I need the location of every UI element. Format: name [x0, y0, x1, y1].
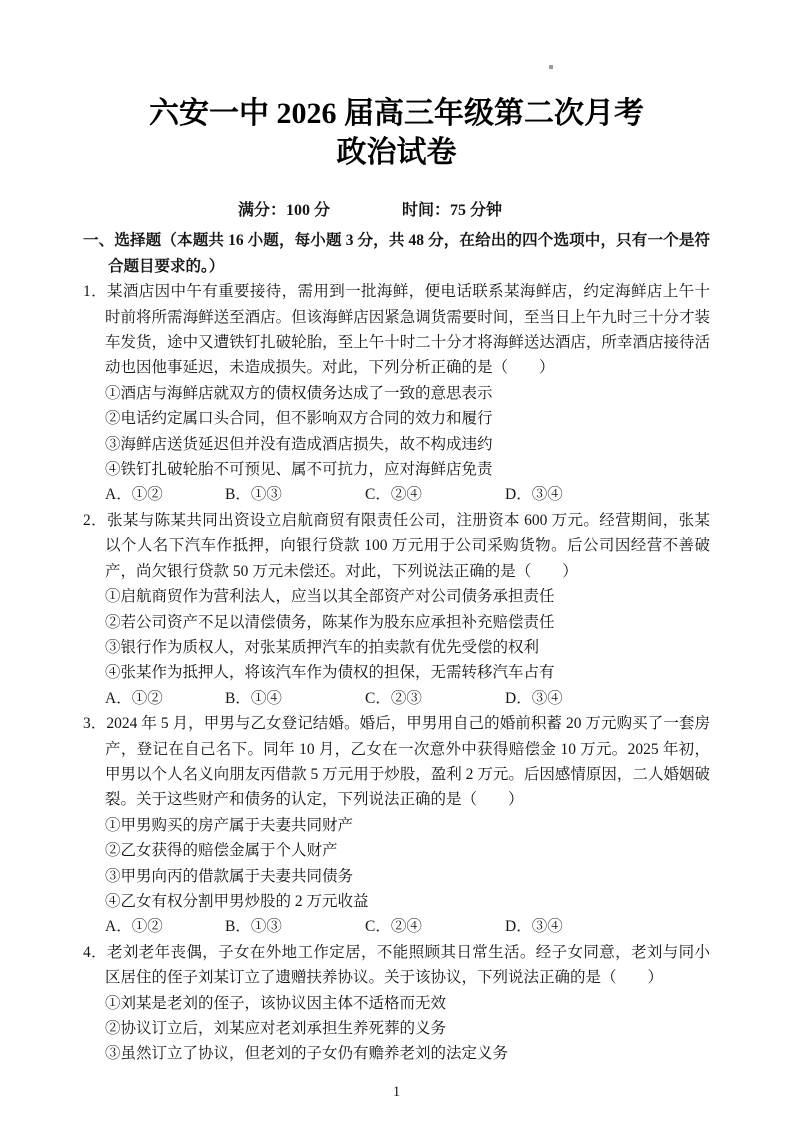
question-item: ③海鲜店送货延迟但并没有造成酒店损失，故不构成违约 [105, 432, 710, 457]
option-c: C．②④ [365, 914, 505, 939]
option-d: D．③④ [505, 482, 563, 507]
option-a: A．①② [105, 686, 225, 711]
question-stem-text: 张某与陈某共同出资设立启航商贸有限责任公司，注册资本 600 万元。经营期间，张… [105, 512, 710, 580]
question-stem: 1．某酒店因中午有重要接待，需用到一批海鲜，便电话联系某海鲜店，约定海鲜店上午十… [83, 279, 710, 381]
page-number: 1 [83, 1080, 710, 1105]
question-item: ③虽然订立了协议，但老刘的子女仍有赡养老刘的法定义务 [105, 1041, 710, 1066]
document-title: 六安一中 2026 届高三年级第二次月考 政治试卷 [0, 0, 793, 172]
title-line-2: 政治试卷 [0, 133, 793, 172]
option-b: B．①③ [225, 482, 365, 507]
question-number: 1． [83, 283, 107, 300]
option-a: A．①② [105, 482, 225, 507]
option-a: A．①② [105, 914, 225, 939]
question-item: ②协议订立后，刘某应对老刘承担生养死葬的义务 [105, 1016, 710, 1041]
question-stem: 2．张某与陈某共同出资设立启航商贸有限责任公司，注册资本 600 万元。经营期间… [83, 508, 710, 584]
exam-paper-page: 六安一中 2026 届高三年级第二次月考 政治试卷 满分：100 分 时间：75… [0, 0, 793, 1122]
question-item: ④铁钉扎破轮胎不可预见、属不可抗力，应对海鲜店免责 [105, 457, 710, 482]
question-stem: 3．2024 年 5 月，甲男与乙女登记结婚。婚后，甲男用自己的婚前积蓄 20 … [83, 711, 710, 813]
option-d: D．③④ [505, 914, 563, 939]
option-b: B．①③ [225, 914, 365, 939]
options-row: A．①②B．①③C．②④D．③④ [105, 482, 710, 507]
question-item: ④乙女有权分割甲男炒股的 2 万元收益 [105, 889, 710, 914]
question-1: 1．某酒店因中午有重要接待，需用到一批海鲜，便电话联系某海鲜店，约定海鲜店上午十… [83, 279, 710, 508]
option-d: D．③④ [505, 686, 563, 711]
title-line-1: 六安一中 2026 届高三年级第二次月考 [0, 94, 793, 133]
question-item: ②电话约定属口头合同，但不影响双方合同的效力和履行 [105, 406, 710, 431]
options-row: A．①②B．①③C．②④D．③④ [105, 914, 710, 939]
scan-artifact-dot [549, 65, 553, 69]
question-item: ②若公司资产不足以清偿债务，陈某作为股东应承担补充赔偿责任 [105, 610, 710, 635]
question-number: 2． [83, 512, 107, 529]
section-heading: 一、选择题（本题共 16 小题，每小题 3 分，共 48 分，在给出的四个选项中… [83, 228, 710, 279]
question-item: ③甲男向丙的借款属于夫妻共同债务 [105, 864, 710, 889]
question-3: 3．2024 年 5 月，甲男与乙女登记结婚。婚后，甲男用自己的婚前积蓄 20 … [83, 711, 710, 940]
question-item: ①酒店与海鲜店就双方的债权债务达成了一致的意思表示 [105, 381, 710, 406]
question-stem-text: 某酒店因中午有重要接待，需用到一批海鲜，便电话联系某海鲜店，约定海鲜店上午十时前… [105, 283, 710, 376]
question-item: ②乙女获得的赔偿金属于个人财产 [105, 838, 710, 863]
question-4: 4．老刘老年丧偶，子女在外地工作定居，不能照顾其日常生活。经子女同意，老刘与同小… [83, 940, 710, 1067]
question-item: ①甲男购买的房产属于夫妻共同财产 [105, 813, 710, 838]
question-2: 2．张某与陈某共同出资设立启航商贸有限责任公司，注册资本 600 万元。经营期间… [83, 508, 710, 711]
time-limit-label: 时间：75 分钟 [402, 198, 502, 223]
question-number: 4． [83, 944, 107, 961]
question-item: ③银行作为质权人，对张某质押汽车的拍卖款有优先受偿的权利 [105, 635, 710, 660]
option-b: B．①④ [225, 686, 365, 711]
score-time-row: 满分：100 分 时间：75 分钟 [83, 198, 710, 223]
question-item: ①启航商贸作为营利法人，应当以其全部资产对公司债务承担责任 [105, 584, 710, 609]
question-number: 3． [83, 715, 106, 732]
option-c: C．②④ [365, 482, 505, 507]
question-stem: 4．老刘老年丧偶，子女在外地工作定居，不能照顾其日常生活。经子女同意，老刘与同小… [83, 940, 710, 991]
option-c: C．②③ [365, 686, 505, 711]
question-stem-text: 老刘老年丧偶，子女在外地工作定居，不能照顾其日常生活。经子女同意，老刘与同小区居… [105, 944, 710, 986]
options-row: A．①②B．①④C．②③D．③④ [105, 686, 710, 711]
page-content: 满分：100 分 时间：75 分钟 一、选择题（本题共 16 小题，每小题 3 … [83, 198, 710, 1105]
question-item: ④张某作为抵押人，将该汽车作为债权的担保，无需转移汽车占有 [105, 660, 710, 685]
full-score-label: 满分：100 分 [238, 198, 330, 223]
question-item: ①刘某是老刘的侄子，该协议因主体不适格而无效 [105, 991, 710, 1016]
question-stem-text: 2024 年 5 月，甲男与乙女登记结婚。婚后，甲男用自己的婚前积蓄 20 万元… [105, 715, 710, 808]
